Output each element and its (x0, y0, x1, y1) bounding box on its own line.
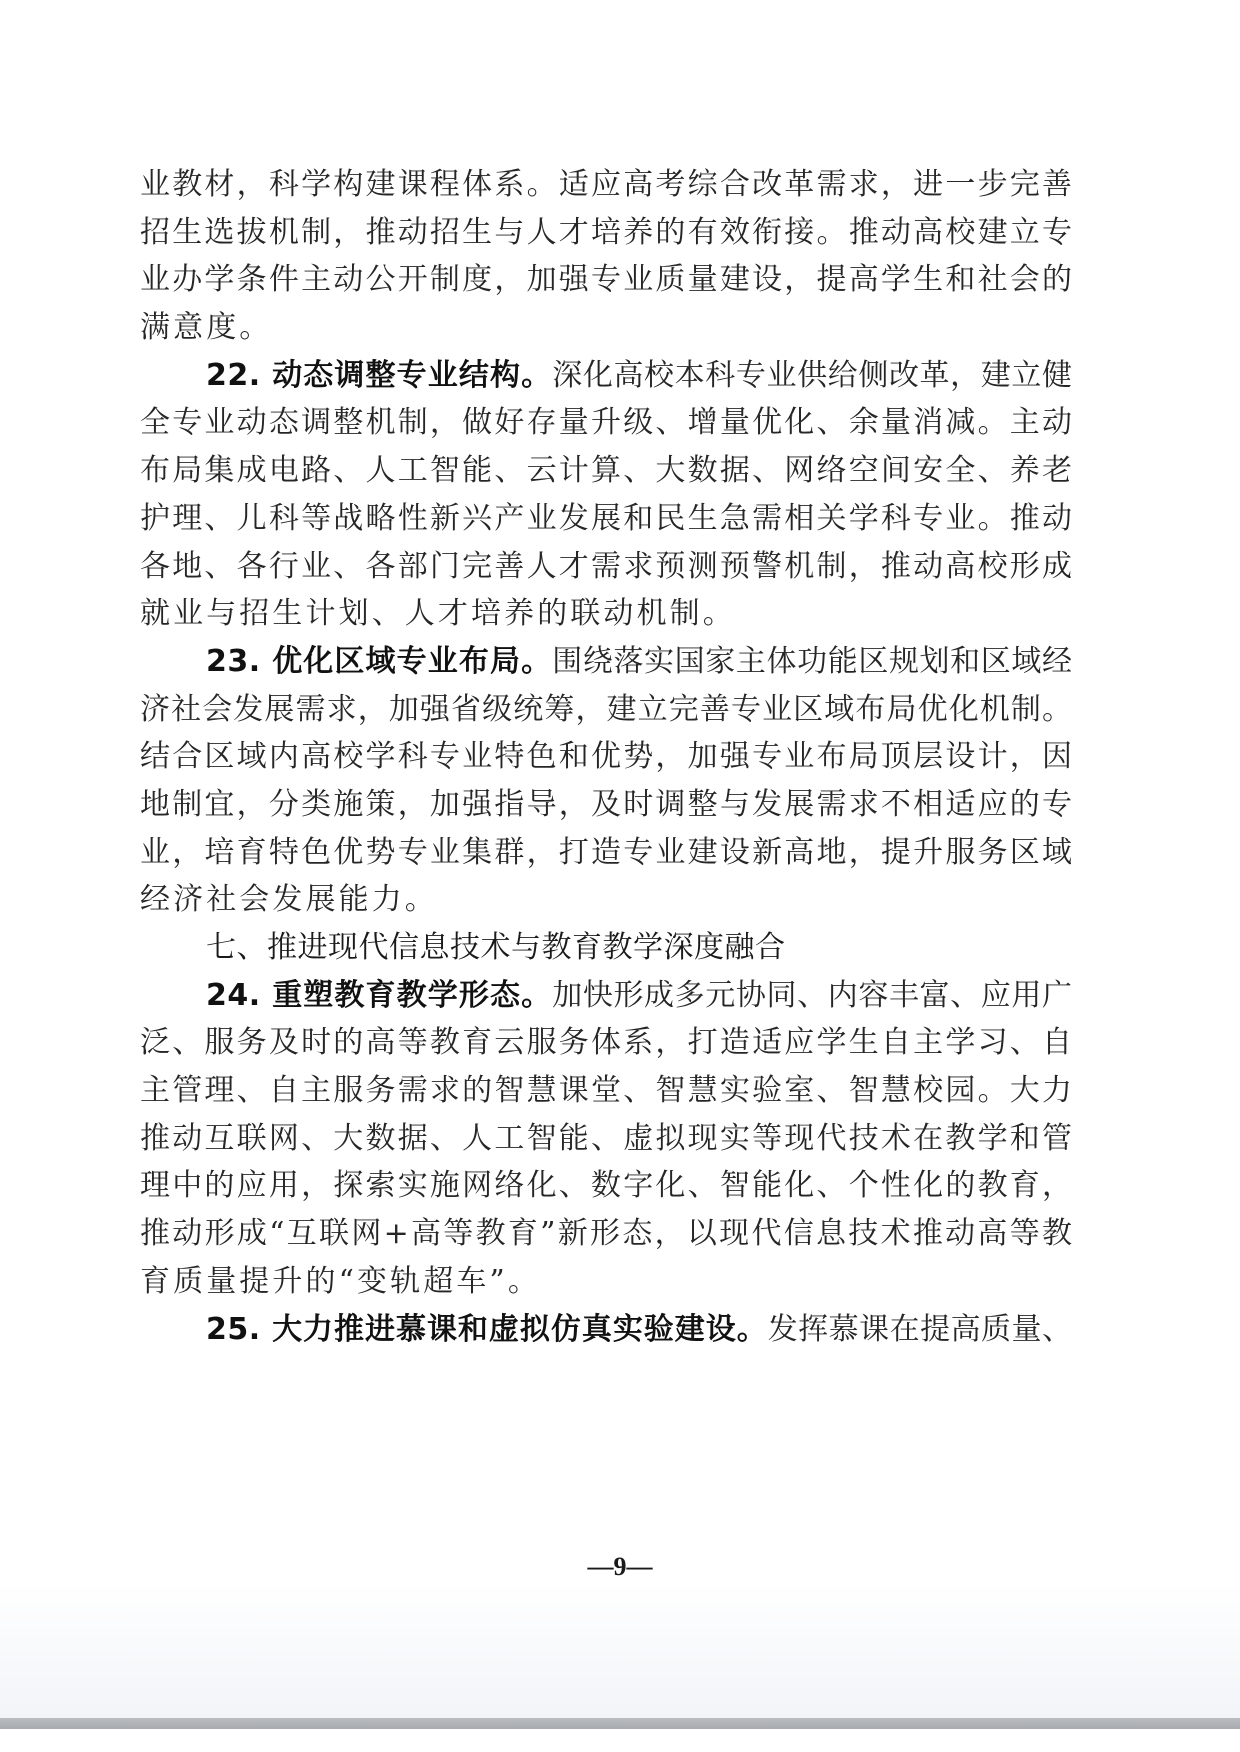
text-line: 护理、儿科等战略性新兴产业发展和民生急需相关学科专业。推动 (140, 495, 1072, 543)
line-text: 结合区域内高校学科专业特色和优势，加强专业布局顶层设计，因 (140, 739, 1072, 774)
line-text: 护理、儿科等战略性新兴产业发展和民生急需相关学科专业。推动 (140, 501, 1072, 536)
text-line: 就业与招生计划、人才培养的联动机制。 (140, 590, 1072, 638)
line-text: 加快形成多元协同、内容丰富、应用广 (552, 978, 1072, 1013)
body-text: 业教材，科学构建课程体系。适应高考综合改革需求，进一步完善 招生选拔机制，推动招… (140, 161, 1072, 1353)
line-text: 满意度。 (140, 310, 272, 345)
section-23-heading: 23. 优化区域专业布局。 (206, 644, 552, 679)
text-line: 满意度。 (140, 304, 1072, 352)
chapter-7-heading: 七、推进现代信息技术与教育教学深度融合 (206, 930, 786, 965)
line-text: 业教材，科学构建课程体系。适应高考综合改革需求，进一步完善 (140, 167, 1072, 202)
text-line: 泛、服务及时的高等教育云服务体系，打造适应学生自主学习、自 (140, 1019, 1072, 1067)
line-text: 招生选拔机制，推动招生与人才培养的有效衔接。推动高校建立专 (140, 215, 1072, 250)
line-text: 推动形成“互联网+高等教育”新形态，以现代信息技术推动高等教 (140, 1216, 1072, 1251)
text-line: 各地、各行业、各部门完善人才需求预测预警机制，推动高校形成 (140, 543, 1072, 591)
line-text: 经济社会发展能力。 (140, 882, 438, 917)
text-line: 经济社会发展能力。 (140, 876, 1072, 924)
section-24-heading: 24. 重塑教育教学形态。 (206, 978, 552, 1013)
text-line: 主管理、自主服务需求的智慧课堂、智慧实验室、智慧校园。大力 (140, 1067, 1072, 1115)
chapter-7-heading-line: 七、推进现代信息技术与教育教学深度融合 (140, 924, 1072, 972)
document-page: 业教材，科学构建课程体系。适应高考综合改革需求，进一步完善 招生选拔机制，推动招… (0, 0, 1240, 1720)
line-text: 理中的应用，探索实施网络化、数字化、智能化、个性化的教育， (140, 1168, 1072, 1203)
line-text: 推动互联网、大数据、人工智能、虚拟现实等现代技术在教学和管 (140, 1121, 1072, 1156)
line-text: 主管理、自主服务需求的智慧课堂、智慧实验室、智慧校园。大力 (140, 1073, 1072, 1108)
line-text: 育质量提升的“变轨超车”。 (140, 1264, 541, 1299)
line-text: 泛、服务及时的高等教育云服务体系，打造适应学生自主学习、自 (140, 1025, 1072, 1060)
scan-edge-shadow (0, 1718, 1240, 1729)
text-line: 业，培育特色优势专业集群，打造专业建设新高地，提升服务区域 (140, 829, 1072, 877)
text-line: 招生选拔机制，推动招生与人才培养的有效衔接。推动高校建立专 (140, 209, 1072, 257)
line-text: 济社会发展需求，加强省级统筹，建立完善专业区域布局优化机制。 (140, 692, 1072, 727)
page-number: —9— (0, 1552, 1240, 1582)
text-line: 推动形成“互联网+高等教育”新形态，以现代信息技术推动高等教 (140, 1210, 1072, 1258)
text-line: 业办学条件主动公开制度，加强专业质量建设，提高学生和社会的 (140, 256, 1072, 304)
section-24-title-line: 24. 重塑教育教学形态。加快形成多元协同、内容丰富、应用广 (140, 972, 1072, 1020)
section-22-heading: 22. 动态调整专业结构。 (206, 358, 552, 393)
text-line: 理中的应用，探索实施网络化、数字化、智能化、个性化的教育， (140, 1162, 1072, 1210)
line-text: 发挥慕课在提高质量、 (768, 1312, 1072, 1347)
text-line: 地制宜，分类施策，加强指导，及时调整与发展需求不相适应的专 (140, 781, 1072, 829)
text-line: 业教材，科学构建课程体系。适应高考综合改革需求，进一步完善 (140, 161, 1072, 209)
text-line: 布局集成电路、人工智能、云计算、大数据、网络空间安全、养老 (140, 447, 1072, 495)
section-25-heading: 25. 大力推进慕课和虚拟仿真实验建设。 (206, 1312, 768, 1347)
section-23-title-line: 23. 优化区域专业布局。围绕落实国家主体功能区规划和区域经 (140, 638, 1072, 686)
text-line: 育质量提升的“变轨超车”。 (140, 1258, 1072, 1306)
line-text: 布局集成电路、人工智能、云计算、大数据、网络空间安全、养老 (140, 453, 1072, 488)
text-line: 全专业动态调整机制，做好存量升级、增量优化、余量消减。主动 (140, 399, 1072, 447)
line-text: 业办学条件主动公开制度，加强专业质量建设，提高学生和社会的 (140, 262, 1072, 297)
line-text: 地制宜，分类施策，加强指导，及时调整与发展需求不相适应的专 (140, 787, 1072, 822)
text-line: 济社会发展需求，加强省级统筹，建立完善专业区域布局优化机制。 (140, 686, 1072, 734)
text-line: 结合区域内高校学科专业特色和优势，加强专业布局顶层设计，因 (140, 733, 1072, 781)
line-text: 全专业动态调整机制，做好存量升级、增量优化、余量消减。主动 (140, 405, 1072, 440)
text-line: 推动互联网、大数据、人工智能、虚拟现实等现代技术在教学和管 (140, 1115, 1072, 1163)
line-text: 围绕落实国家主体功能区规划和区域经 (552, 644, 1072, 679)
line-text: 深化高校本科专业供给侧改革，建立健 (552, 358, 1072, 393)
line-text: 各地、各行业、各部门完善人才需求预测预警机制，推动高校形成 (140, 549, 1072, 584)
line-text: 业，培育特色优势专业集群，打造专业建设新高地，提升服务区域 (140, 835, 1072, 870)
section-22-title-line: 22. 动态调整专业结构。深化高校本科专业供给侧改革，建立健 (140, 352, 1072, 400)
section-25-title-line: 25. 大力推进慕课和虚拟仿真实验建设。发挥慕课在提高质量、 (140, 1306, 1072, 1354)
line-text: 就业与招生计划、人才培养的联动机制。 (140, 596, 736, 631)
